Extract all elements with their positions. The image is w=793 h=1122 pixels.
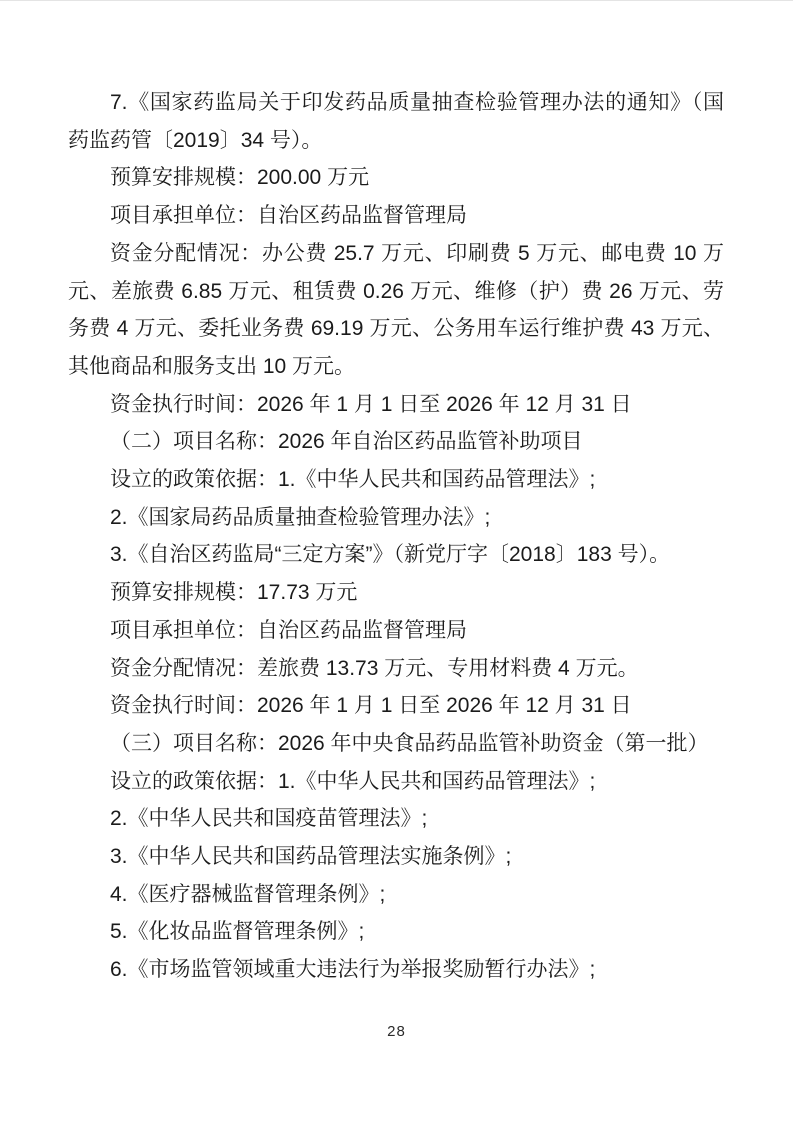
policy-item-line: 3.《自治区药监局“三定方案”》（新党厅字〔2018〕183 号）。 <box>68 536 724 574</box>
budget-scale-line: 预算安排规模：200.00 万元 <box>68 159 724 197</box>
project-2-title-line: （二）项目名称：2026 年自治区药品监管补助项目 <box>68 423 724 461</box>
policy-item-line: 3.《中华人民共和国药品管理法实施条例》; <box>68 838 724 876</box>
document-body: 7.《国家药监局关于印发药品质量抽查检验管理办法的通知》（国药监药管〔2019〕… <box>68 84 724 989</box>
page-footer: 28 <box>0 1023 793 1041</box>
execution-period-line: 资金执行时间：2026 年 1 月 1 日至 2026 年 12 月 31 日 <box>68 386 724 424</box>
policy-notice-reference: 7.《国家药监局关于印发药品质量抽查检验管理办法的通知》（国药监药管〔2019〕… <box>68 84 724 159</box>
project-3-title-line: （三）项目名称：2026 年中央食品药品监管补助资金（第一批） <box>68 725 724 763</box>
fund-allocation-line: 资金分配情况：办公费 25.7 万元、印刷费 5 万元、邮电费 10 万元、差旅… <box>68 235 724 386</box>
policy-item-line: 2.《国家局药品质量抽查检验管理办法》; <box>68 499 724 537</box>
page-number: 28 <box>387 1023 406 1040</box>
policy-item-line: 6.《市场监管领域重大违法行为举报奖励暂行办法》; <box>68 951 724 989</box>
fund-allocation-line: 资金分配情况：差旅费 13.73 万元、专用材料费 4 万元。 <box>68 650 724 688</box>
policy-item-line: 2.《中华人民共和国疫苗管理法》; <box>68 800 724 838</box>
policy-item-line: 5.《化妆品监督管理条例》; <box>68 913 724 951</box>
budget-scale-line: 预算安排规模：17.73 万元 <box>68 574 724 612</box>
undertaking-unit-line: 项目承担单位：自治区药品监督管理局 <box>68 197 724 235</box>
execution-period-line: 资金执行时间：2026 年 1 月 1 日至 2026 年 12 月 31 日 <box>68 687 724 725</box>
document-page: 7.《国家药监局关于印发药品质量抽查检验管理办法的通知》（国药监药管〔2019〕… <box>0 0 793 1122</box>
policy-basis-line: 设立的政策依据：1.《中华人民共和国药品管理法》; <box>68 461 724 499</box>
policy-basis-line: 设立的政策依据：1.《中华人民共和国药品管理法》; <box>68 763 724 801</box>
policy-item-line: 4.《医疗器械监督管理条例》; <box>68 876 724 914</box>
undertaking-unit-line: 项目承担单位：自治区药品监督管理局 <box>68 612 724 650</box>
